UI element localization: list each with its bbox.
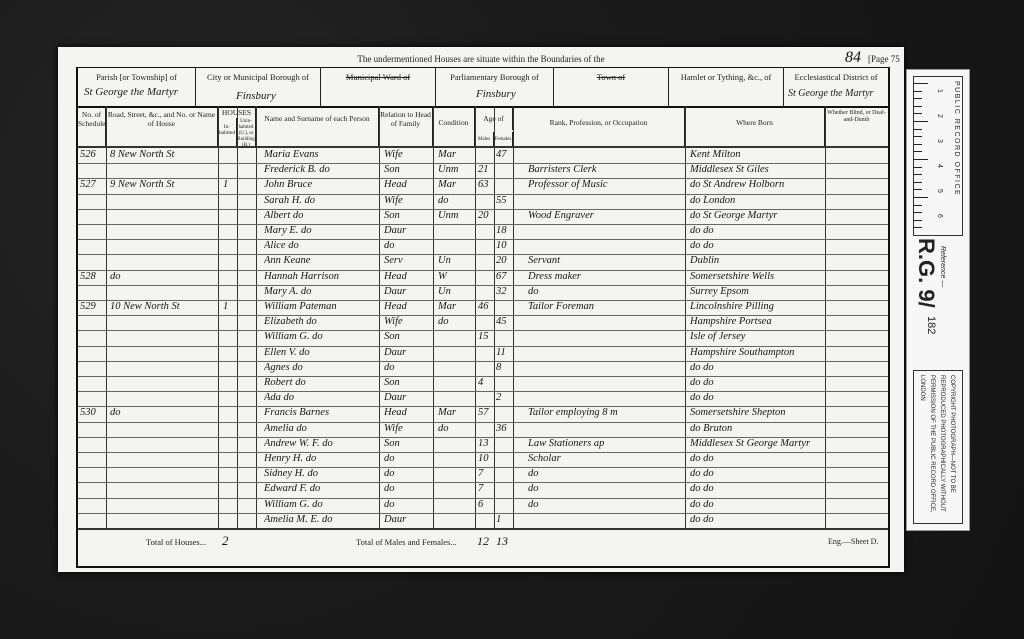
cell-condition: do xyxy=(438,195,474,206)
cell-relation: Son xyxy=(384,164,432,175)
column-rule xyxy=(433,106,434,528)
ruler-tick xyxy=(914,113,922,114)
cell-relation: Daur xyxy=(384,286,432,297)
cell-male-age: 57 xyxy=(478,407,494,418)
cell-inhabited: 1 xyxy=(223,301,235,312)
cell-female-age: 11 xyxy=(496,347,512,358)
cell-condition: Un xyxy=(438,286,474,297)
cell-relation: Head xyxy=(384,271,432,282)
cell-relation: Wife xyxy=(384,423,432,434)
cell-born: do do xyxy=(690,225,824,236)
cell-relation: Head xyxy=(384,301,432,312)
cell-born: Hampshire Portsea xyxy=(690,316,824,327)
census-form: Parish [or Township] of St George the Ma… xyxy=(76,67,890,568)
cell-schedule: 528 xyxy=(80,271,106,282)
boundary-ward: Municipal Ward of xyxy=(321,68,436,106)
boundary-hamlet: Hamlet or Tything, &c., of xyxy=(669,68,784,106)
cell-relation: Daur xyxy=(384,392,432,403)
col-uninhabited: Unin-habited (U.), or Building (B.) xyxy=(237,118,256,146)
ruler-tick xyxy=(914,83,928,84)
cell-occupation: Law Stationers ap xyxy=(528,438,683,449)
cell-name: John Bruce xyxy=(264,179,378,190)
piece-number: 182 xyxy=(925,316,937,334)
cell-name: Amelia M. E. do xyxy=(264,514,378,525)
cell-born: Somersetshire Shepton xyxy=(690,407,824,418)
ruler-tick xyxy=(914,159,928,160)
col-blind: Whether Blind, or Deaf-and-Dumb xyxy=(825,106,888,146)
cell-male-age: 20 xyxy=(478,210,494,221)
boundary-label: Parish [or Township] of xyxy=(96,72,177,82)
cell-female-age: 55 xyxy=(496,195,512,206)
cell-occupation: do xyxy=(528,468,683,479)
boundaries-row: Parish [or Township] of St George the Ma… xyxy=(78,68,888,108)
cell-relation: Head xyxy=(384,407,432,418)
total-houses-label: Total of Houses... xyxy=(146,537,206,547)
cell-condition: Unm xyxy=(438,164,474,175)
cell-born: do do xyxy=(690,453,824,464)
page-label: [Page 75 xyxy=(868,54,900,64)
cell-occupation: Dress maker xyxy=(528,271,683,282)
cell-born: Hampshire Southampton xyxy=(690,347,824,358)
boundary-borough: City or Municipal Borough of Finsbury xyxy=(196,68,321,106)
cell-relation: do xyxy=(384,483,432,494)
ruler-tick xyxy=(914,174,922,175)
boundary-town: Town of xyxy=(554,68,669,106)
cell-relation: Son xyxy=(384,331,432,342)
cell-relation: Wife xyxy=(384,316,432,327)
cell-born: do do xyxy=(690,362,824,373)
ruler-tick xyxy=(914,144,922,145)
cell-schedule: 527 xyxy=(80,179,106,190)
cell-road: do xyxy=(110,407,216,418)
cell-born: do St Andrew Holborn xyxy=(690,179,824,190)
cell-road: 9 New North St xyxy=(110,179,216,190)
cell-occupation: Scholar xyxy=(528,453,683,464)
ruler: PUBLIC RECORD OFFICE 123456 xyxy=(913,76,963,236)
cell-name: Edward F. do xyxy=(264,483,378,494)
cell-schedule: 530 xyxy=(80,407,106,418)
cell-born: Middlesex St Giles xyxy=(690,164,824,175)
cell-name: Albert do xyxy=(264,210,378,221)
column-rule xyxy=(494,106,495,528)
cell-condition: Mar xyxy=(438,407,474,418)
copyright-notice: COPYRIGHT PHOTOGRAPH—NOT TO BE REPRODUCE… xyxy=(917,375,957,519)
cell-born: Surrey Epsom xyxy=(690,286,824,297)
cell-born: do London xyxy=(690,195,824,206)
cell-name: Hannah Harrison xyxy=(264,271,378,282)
cell-name: Ellen V. do xyxy=(264,347,378,358)
cell-born: Dublin xyxy=(690,255,824,266)
cell-condition: W xyxy=(438,271,474,282)
cell-relation: do xyxy=(384,362,432,373)
cell-occupation: do xyxy=(528,483,683,494)
cell-born: do do xyxy=(690,514,824,525)
col-road: Road, Street, &c., and No. or Name of Ho… xyxy=(106,106,218,146)
cell-name: Alice do xyxy=(264,240,378,251)
cell-name: Mary A. do xyxy=(264,286,378,297)
office-label: PUBLIC RECORD OFFICE xyxy=(953,81,960,196)
cell-relation: do xyxy=(384,240,432,251)
ruler-number: 5 xyxy=(936,189,943,193)
cell-schedule: 529 xyxy=(80,301,106,312)
header-rule xyxy=(78,146,888,148)
cell-occupation: Tailor Foreman xyxy=(528,301,683,312)
ruler-number: 2 xyxy=(936,114,943,118)
page-heading: The undermentioned Houses are situate wi… xyxy=(58,54,904,64)
ruler-tick xyxy=(914,167,922,168)
col-name: Name and Surname of each Person xyxy=(256,106,379,146)
column-rule xyxy=(106,106,107,528)
column-rule xyxy=(379,106,380,528)
ruler-tick xyxy=(914,106,922,107)
column-rule xyxy=(218,106,219,528)
ruler-tick xyxy=(914,197,928,198)
cell-name: Robert do xyxy=(264,377,378,388)
cell-schedule: 526 xyxy=(80,149,106,160)
cell-occupation: do xyxy=(528,499,683,510)
cell-relation: Son xyxy=(384,438,432,449)
cell-occupation: do xyxy=(528,286,683,297)
ruler-tick xyxy=(914,136,922,137)
ruler-tick xyxy=(914,205,922,206)
cell-born: Kent Milton xyxy=(690,149,824,160)
copyright-box: COPYRIGHT PHOTOGRAPH—NOT TO BE REPRODUCE… xyxy=(913,370,963,524)
cell-female-age: 67 xyxy=(496,271,512,282)
boundary-label: Ecclesiastical District of xyxy=(794,72,877,82)
cell-occupation: Servant xyxy=(528,255,683,266)
cell-name: Maria Evans xyxy=(264,149,378,160)
column-rule xyxy=(475,106,476,528)
cell-relation: do xyxy=(384,499,432,510)
totals-rule xyxy=(78,528,888,530)
cell-male-age: 13 xyxy=(478,438,494,449)
total-females-value: 13 xyxy=(496,534,508,549)
cell-relation: Daur xyxy=(384,347,432,358)
cell-relation: Serv xyxy=(384,255,432,266)
cell-male-age: 4 xyxy=(478,377,494,388)
ruler-number: 3 xyxy=(936,139,943,143)
cell-name: Henry H. do xyxy=(264,453,378,464)
cell-relation: Son xyxy=(384,210,432,221)
cell-female-age: 32 xyxy=(496,286,512,297)
boundary-parliamentary: Parliamentary Borough of Finsbury xyxy=(436,68,554,106)
ruler-tick xyxy=(914,212,922,213)
census-page: The undermentioned Houses are situate wi… xyxy=(58,47,904,572)
col-relation: Relation to Head of Family xyxy=(379,106,433,146)
cell-occupation: Wood Engraver xyxy=(528,210,683,221)
cell-male-age: 6 xyxy=(478,499,494,510)
cell-relation: do xyxy=(384,468,432,479)
cell-condition: Mar xyxy=(438,149,474,160)
reference-strip: PUBLIC RECORD OFFICE 123456 Reference — … xyxy=(906,69,970,531)
boundary-label: City or Municipal Borough of xyxy=(207,72,309,82)
ruler-number: 6 xyxy=(936,214,943,218)
cell-female-age: 36 xyxy=(496,423,512,434)
ruler-tick xyxy=(914,182,922,183)
cell-condition: Mar xyxy=(438,301,474,312)
ruler-tick xyxy=(914,129,922,130)
cell-born: do do xyxy=(690,499,824,510)
boundary-value: St George the Martyr xyxy=(788,88,873,99)
cell-female-age: 20 xyxy=(496,255,512,266)
cell-born: do St George Martyr xyxy=(690,210,824,221)
col-where-born: Where Born xyxy=(685,106,825,146)
ruler-tick xyxy=(914,189,922,190)
column-rule xyxy=(256,106,257,528)
ruler-tick xyxy=(914,98,922,99)
total-males-value: 12 xyxy=(477,534,489,549)
cell-relation: Daur xyxy=(384,225,432,236)
cell-condition: do xyxy=(438,423,474,434)
cell-relation: Wife xyxy=(384,195,432,206)
cell-female-age: 47 xyxy=(496,149,512,160)
cell-name: Francis Barnes xyxy=(264,407,378,418)
column-rule xyxy=(825,106,826,528)
cell-male-age: 63 xyxy=(478,179,494,190)
cell-name: Mary E. do xyxy=(264,225,378,236)
ruler-number: 4 xyxy=(936,164,943,168)
cell-female-age: 45 xyxy=(496,316,512,327)
col-schedule: No. of Schedule xyxy=(78,106,106,146)
ruler-tick xyxy=(914,220,922,221)
cell-born: do do xyxy=(690,377,824,388)
cell-relation: Wife xyxy=(384,149,432,160)
cell-relation: do xyxy=(384,453,432,464)
cell-condition: Unm xyxy=(438,210,474,221)
cell-male-age: 10 xyxy=(478,453,494,464)
cell-female-age: 2 xyxy=(496,392,512,403)
reference-label: Reference — xyxy=(939,246,946,287)
cell-name: Elizabeth do xyxy=(264,316,378,327)
col-males: Males xyxy=(475,132,494,146)
boundary-label: Parliamentary Borough of xyxy=(450,72,539,82)
ruler-tick xyxy=(914,151,922,152)
boundary-value: St George the Martyr xyxy=(84,86,178,98)
column-rule xyxy=(513,106,514,528)
col-condition: Condition xyxy=(433,106,475,146)
boundary-label: Hamlet or Tything, &c., of xyxy=(681,72,772,82)
cell-male-age: 46 xyxy=(478,301,494,312)
cell-female-age: 10 xyxy=(496,240,512,251)
cell-name: Andrew W. F. do xyxy=(264,438,378,449)
col-inhabited: In-habited xyxy=(218,118,237,146)
cell-road: 8 New North St xyxy=(110,149,216,160)
cell-condition: Mar xyxy=(438,179,474,190)
cell-name: William G. do xyxy=(264,499,378,510)
column-rule xyxy=(685,106,686,528)
cell-born: Lincolnshire Pilling xyxy=(690,301,824,312)
cell-name: Frederick B. do xyxy=(264,164,378,175)
sheet-footer: Eng.—Sheet D. xyxy=(828,537,878,546)
cell-condition: Un xyxy=(438,255,474,266)
boundary-value: Finsbury xyxy=(236,90,276,102)
cell-relation: Son xyxy=(384,377,432,388)
cell-born: do do xyxy=(690,240,824,251)
cell-name: Ada do xyxy=(264,392,378,403)
cell-born: do do xyxy=(690,483,824,494)
cell-occupation: Professor of Music xyxy=(528,179,683,190)
cell-male-age: 15 xyxy=(478,331,494,342)
cell-road: 10 New North St xyxy=(110,301,216,312)
cell-born: Isle of Jersey xyxy=(690,331,824,342)
column-rule xyxy=(237,106,238,528)
cell-name: Sidney H. do xyxy=(264,468,378,479)
cell-occupation: Barristers Clerk xyxy=(528,164,683,175)
ruler-number: 1 xyxy=(936,89,943,93)
cell-born: do Bruton xyxy=(690,423,824,434)
series-code: R.G. 9/ xyxy=(913,238,939,308)
boundary-label: Town of xyxy=(597,72,625,82)
cell-male-age: 21 xyxy=(478,164,494,175)
cell-name: William Pateman xyxy=(264,301,378,312)
boundary-value: Finsbury xyxy=(476,88,516,100)
cell-relation: Daur xyxy=(384,514,432,525)
cell-born: do do xyxy=(690,468,824,479)
cell-name: Agnes do xyxy=(264,362,378,373)
col-occupation: Rank, Profession, or Occupation xyxy=(513,106,685,146)
cell-born: do do xyxy=(690,392,824,403)
cell-condition: do xyxy=(438,316,474,327)
boundary-ecclesiastical: Ecclesiastical District of St George the… xyxy=(784,68,888,106)
total-houses-value: 2 xyxy=(222,533,229,549)
folio-number: 84 xyxy=(845,49,861,67)
cell-relation: Head xyxy=(384,179,432,190)
cell-name: William G. do xyxy=(264,331,378,342)
cell-male-age: 7 xyxy=(478,468,494,479)
cell-male-age: 7 xyxy=(478,483,494,494)
cell-born: Somersetshire Wells xyxy=(690,271,824,282)
cell-born: Middlesex St George Martyr xyxy=(690,438,824,449)
total-persons-label: Total of Males and Females... xyxy=(356,537,457,547)
ruler-tick xyxy=(914,227,922,228)
cell-inhabited: 1 xyxy=(223,179,235,190)
boundary-parish: Parish [or Township] of St George the Ma… xyxy=(78,68,196,106)
col-females: Females xyxy=(494,132,513,146)
ruler-tick xyxy=(914,91,922,92)
cell-name: Sarah H. do xyxy=(264,195,378,206)
cell-road: do xyxy=(110,271,216,282)
cell-female-age: 18 xyxy=(496,225,512,236)
cell-female-age: 1 xyxy=(496,514,512,525)
ruler-tick xyxy=(914,121,928,122)
cell-name: Ann Keane xyxy=(264,255,378,266)
boundary-label: Municipal Ward of xyxy=(346,72,410,82)
cell-name: Amelia do xyxy=(264,423,378,434)
cell-female-age: 8 xyxy=(496,362,512,373)
cell-occupation: Tailor employing 8 m xyxy=(528,407,683,418)
